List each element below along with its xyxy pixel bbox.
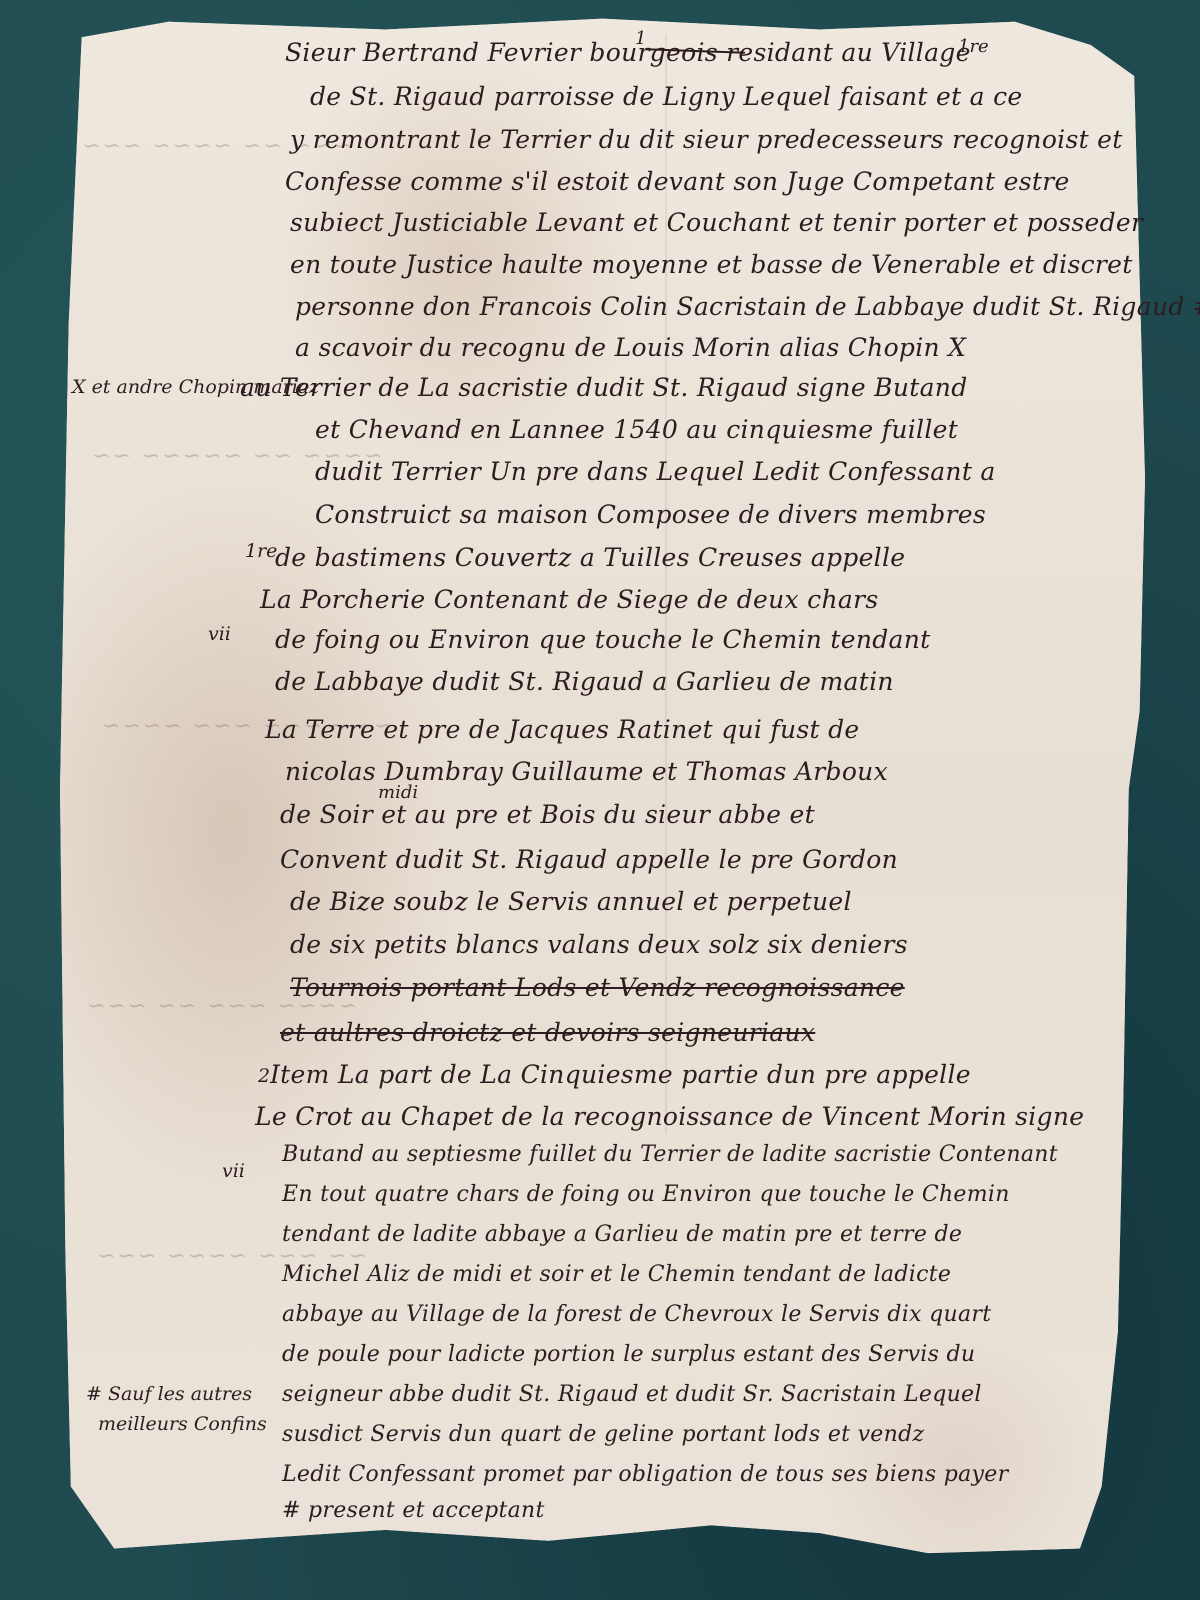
- margin-note: 2: [258, 1065, 270, 1087]
- manuscript-page: ~~~ ~~ ~~~~ ~~~ ~~~~ ~~ ~~~~~ ~~ ~~ ~~~~…: [60, 14, 1145, 1564]
- text-line: dudit Terrier Un pre dans Lequel Ledit C…: [315, 457, 996, 486]
- text-line: de Labbaye dudit St. Rigaud a Garlieu de…: [275, 667, 894, 696]
- struck-text-line: et aultres droictz et devoirs seigneuria…: [280, 1018, 815, 1047]
- text-line: abbaye au Village de la forest de Chevro…: [282, 1302, 991, 1327]
- text-line: # present et acceptant: [282, 1498, 545, 1523]
- text-line: a scavoir du recognu de Louis Morin alia…: [295, 333, 966, 362]
- fold-crease: [665, 34, 667, 1134]
- text-line: Sieur Bertrand Fevrier bourgeois residan…: [285, 38, 971, 67]
- text-line: En tout quatre chars de foing ou Environ…: [282, 1182, 1010, 1207]
- text-line: tendant de ladite abbaye a Garlieu de ma…: [282, 1222, 962, 1247]
- text-line: de six petits blancs valans deux solz si…: [290, 930, 908, 959]
- text-line: La Porcherie Contenant de Siege de deux …: [260, 585, 878, 614]
- text-line: seigneur abbe dudit St. Rigaud et dudit …: [282, 1382, 982, 1407]
- text-line: Confesse comme s'il estoit devant son Ju…: [285, 167, 1070, 196]
- text-line: y remontrant le Terrier du dit sieur pre…: [290, 125, 1123, 154]
- text-line: au Terrier de La sacristie dudit St. Rig…: [240, 373, 968, 402]
- margin-note: meilleurs Confins: [98, 1413, 267, 1435]
- text-line: nicolas Dumbray Guillaume et Thomas Arbo…: [285, 757, 888, 786]
- text-line: Item La part de La Cinquiesme partie dun…: [270, 1060, 971, 1089]
- text-line: de bastimens Couvertz a Tuilles Creuses …: [275, 543, 905, 572]
- margin-note: vii: [208, 623, 231, 645]
- manuscript-photo: ~~~ ~~ ~~~~ ~~~ ~~~~ ~~ ~~~~~ ~~ ~~ ~~~~…: [0, 0, 1200, 1600]
- margin-note: X et andre Chopin mariaz: [72, 376, 319, 398]
- text-line: de Soir et au pre et Bois du sieur abbe …: [280, 800, 815, 829]
- text-line: Convent dudit St. Rigaud appelle le pre …: [280, 845, 898, 874]
- margin-note: # Sauf les autres: [86, 1383, 252, 1405]
- text-line: Ledit Confessant promet par obligation d…: [282, 1462, 1008, 1487]
- text-line: de Bize soubz le Servis annuel et perpet…: [290, 887, 852, 916]
- text-line: personne don Francois Colin Sacristain d…: [295, 292, 1200, 321]
- text-line: et Chevand en Lannee 1540 au cinquiesme …: [315, 415, 958, 444]
- struck-text-line: Tournois portant Lods et Vendz recognois…: [290, 973, 905, 1002]
- text-line: en toute Justice haulte moyenne et basse…: [290, 250, 1133, 279]
- margin-note: vii: [222, 1160, 245, 1182]
- text-line: La Terre et pre de Jacques Ratinet qui f…: [265, 715, 860, 744]
- text-line: Construict sa maison Composee de divers …: [315, 500, 986, 529]
- text-line: de poule pour ladicte portion le surplus…: [282, 1342, 975, 1367]
- text-line: Michel Aliz de midi et soir et le Chemin…: [282, 1262, 951, 1287]
- text-line: susdict Servis dun quart de geline porta…: [282, 1422, 924, 1447]
- text-line: subiect Justiciable Levant et Couchant e…: [290, 208, 1143, 237]
- text-line: Le Crot au Chapet de la recognoissance d…: [255, 1102, 1084, 1131]
- margin-note: 1re: [245, 540, 277, 562]
- text-line: de foing ou Environ que touche le Chemin…: [275, 625, 931, 654]
- text-line: de St. Rigaud parroisse de Ligny Lequel …: [310, 82, 1023, 111]
- text-line: Butand au septiesme fuillet du Terrier d…: [282, 1142, 1058, 1167]
